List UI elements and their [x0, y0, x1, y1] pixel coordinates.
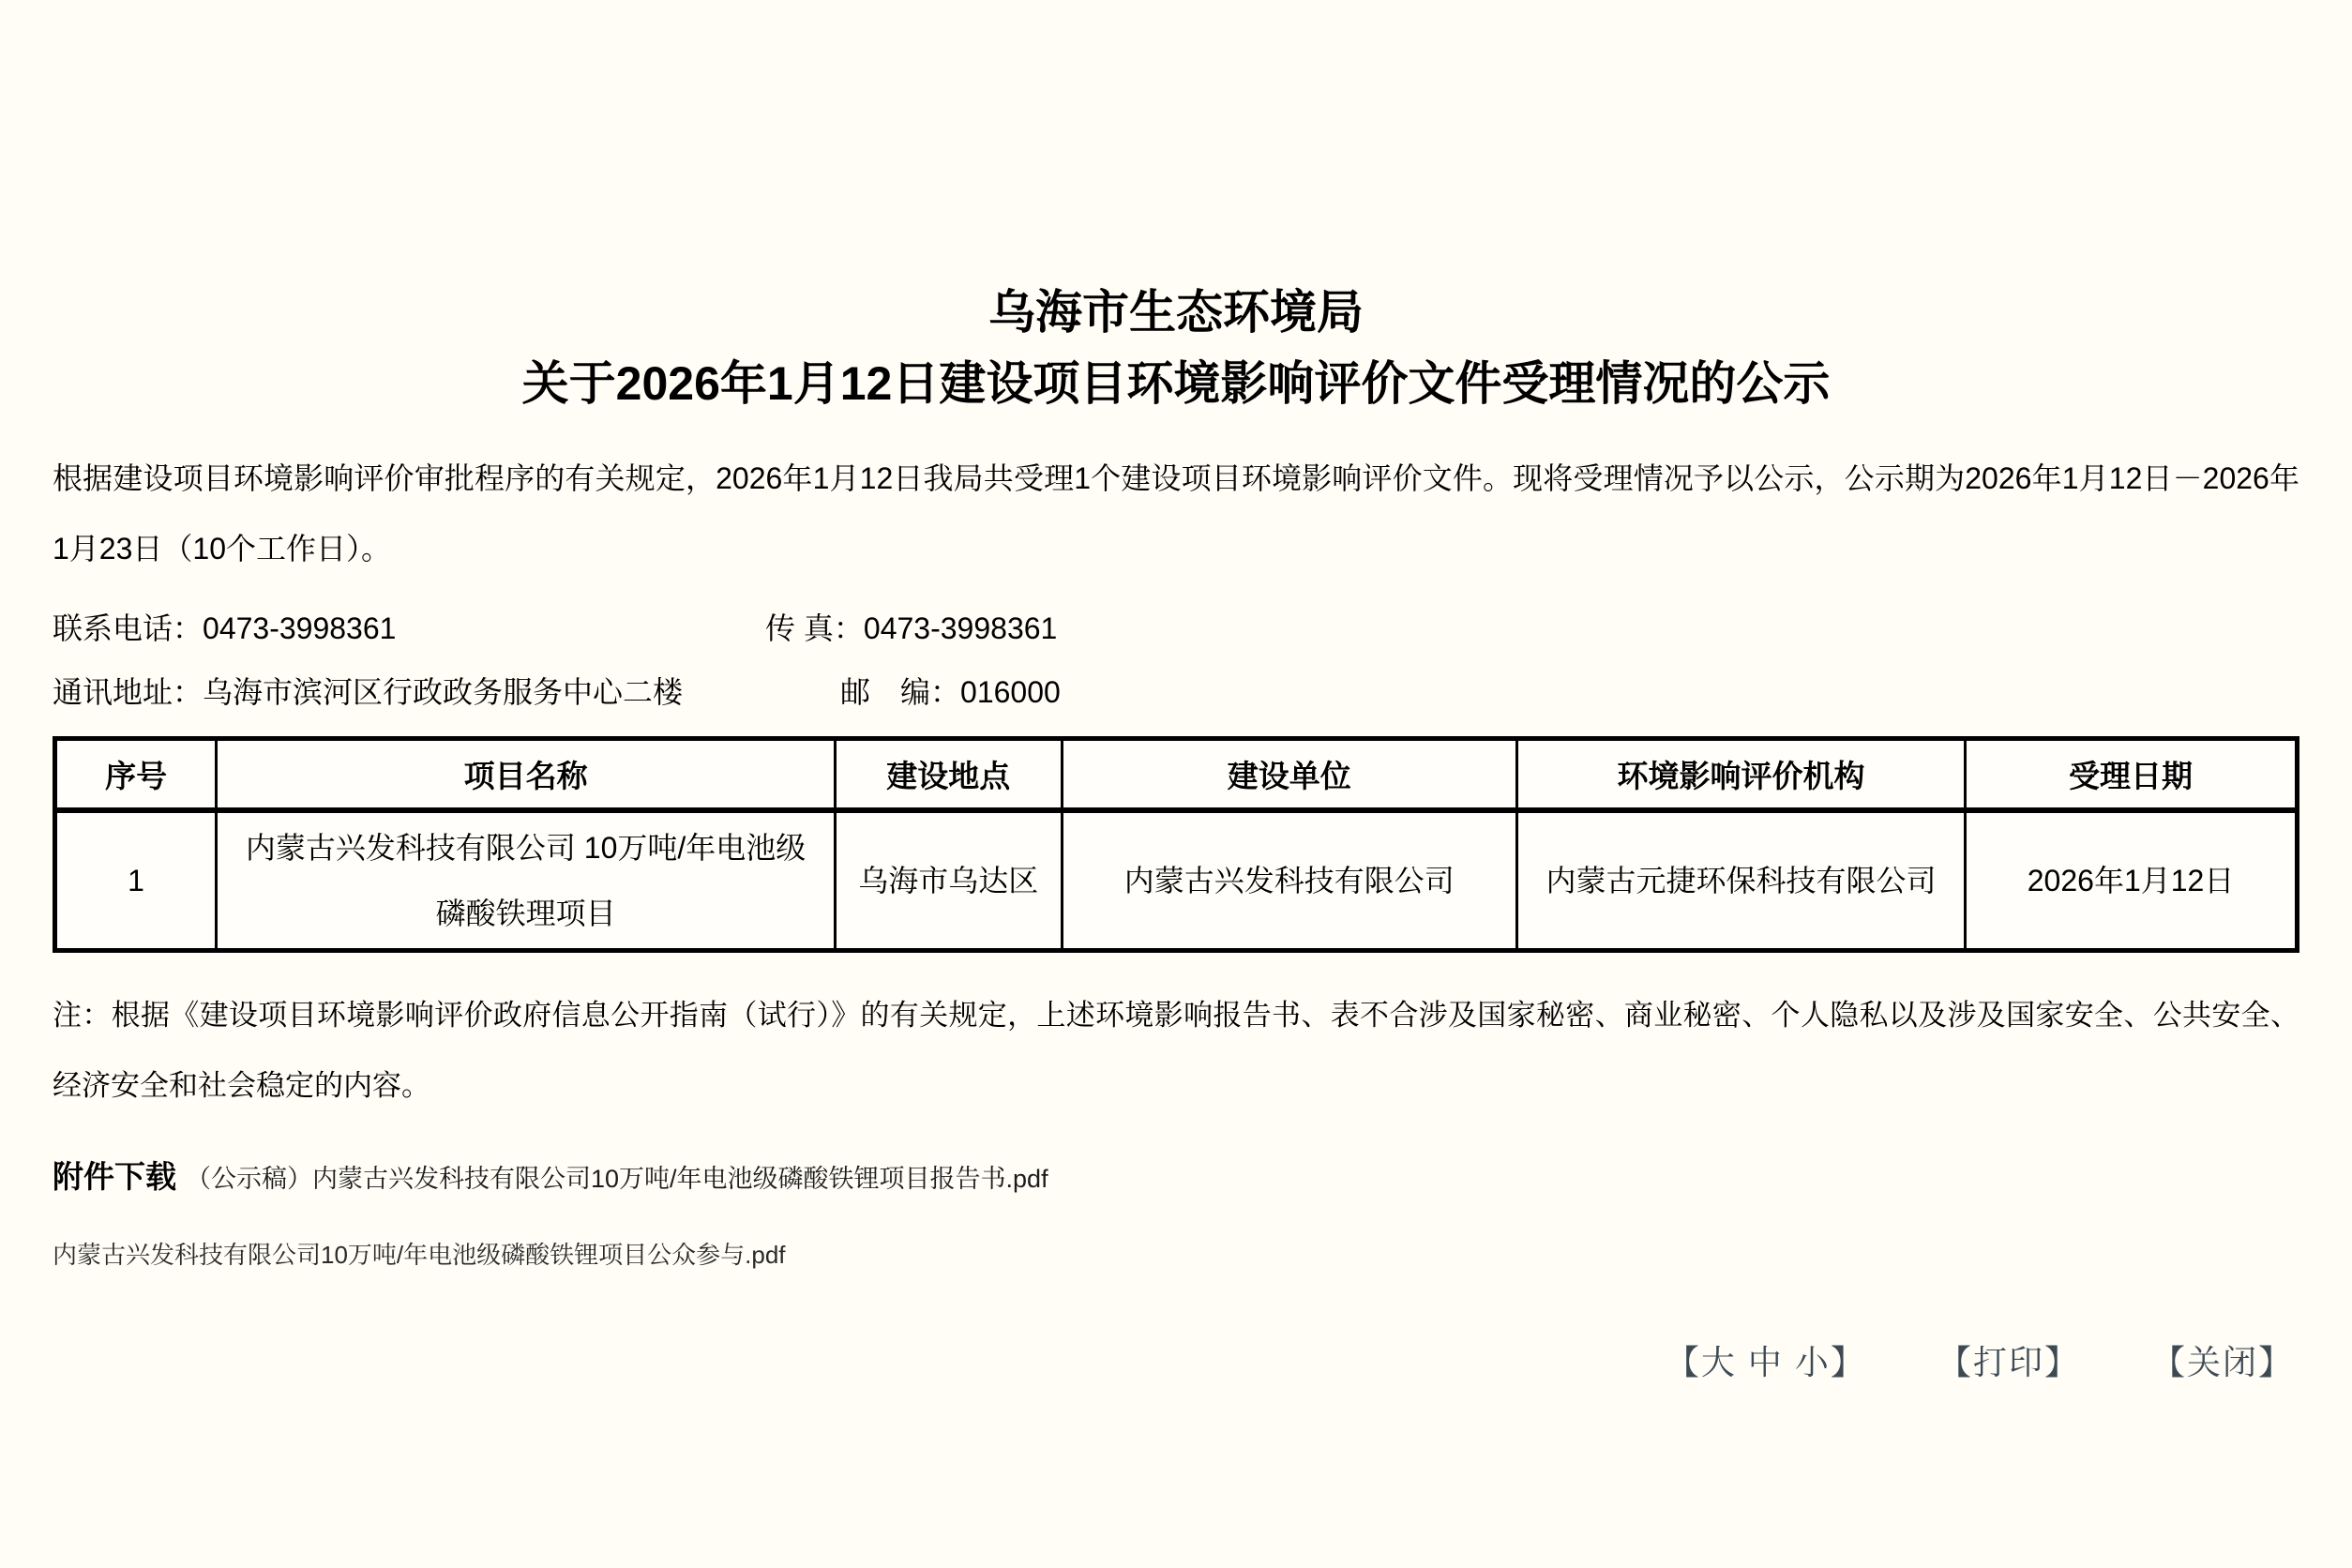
header-construction-site: 建设地点: [836, 739, 1062, 810]
zip-value: 016000: [960, 675, 1061, 709]
address-zip-row: 通讯地址：乌海市滨河区行政政务服务中心二楼 邮 编：016000: [53, 669, 2299, 712]
attachment-public-participation-pdf-link[interactable]: 内蒙古兴发科技有限公司10万吨/年电池级磷酸铁锂项目公众参与.pdf: [53, 1241, 786, 1269]
print-button[interactable]: 【打印】: [1937, 1343, 2080, 1381]
attachments-label: 附件下载: [53, 1153, 176, 1197]
fax-label: 传 真：: [765, 611, 864, 645]
fax-group: 传 真：0473-3998361: [765, 605, 1057, 648]
announcement-title: 关于2026年1月12日建设项目环境影响评价文件受理情况的公示: [53, 353, 2299, 416]
cell-project-name: 内蒙古兴发科技有限公司 10万吨/年电池级磷酸铁理项目: [217, 810, 836, 951]
footnote: 注：根据《建设项目环境影响评价政府信息公开指南（试行）》的有关规定，上述环境影响…: [53, 981, 2299, 1121]
attachment-row-2: 内蒙古兴发科技有限公司10万吨/年电池级磷酸铁锂项目公众参与.pdf: [53, 1236, 2299, 1271]
acceptance-table: 序号 项目名称 建设地点 建设单位 环境影响评价机构 受理日期 1 内蒙古兴发科…: [53, 736, 2299, 953]
cell-construction-site: 乌海市乌达区: [836, 810, 1062, 951]
attachments-section: 附件下载 （公示稿）内蒙古兴发科技有限公司10万吨/年电池级磷酸铁锂项目报告书.…: [53, 1153, 2299, 1271]
phone-fax-row: 联系电话：0473-3998361 传 真：0473-3998361: [53, 605, 2299, 648]
header-serial-number: 序号: [55, 739, 217, 810]
phone-value: 0473-3998361: [203, 611, 396, 645]
address-value: 乌海市滨河区行政政务服务中心二楼: [203, 675, 683, 709]
address-group: 通讯地址：乌海市滨河区行政政务服务中心二楼: [53, 669, 840, 712]
header-acceptance-date: 受理日期: [1966, 739, 2298, 810]
fax-value: 0473-3998361: [864, 611, 1057, 645]
cell-serial-number: 1: [55, 810, 217, 951]
table-row: 1 内蒙古兴发科技有限公司 10万吨/年电池级磷酸铁理项目 乌海市乌达区 内蒙古…: [55, 810, 2298, 951]
announcement-document: 乌海市生态环境局 关于2026年1月12日建设项目环境影响评价文件受理情况的公示…: [0, 0, 2352, 1384]
cell-eia-agency: 内蒙古元捷环保科技有限公司: [1516, 810, 1965, 951]
table-header-row: 序号 项目名称 建设地点 建设单位 环境影响评价机构 受理日期: [55, 739, 2298, 810]
zip-group: 邮 编：016000: [840, 669, 1061, 712]
address-label: 通讯地址：: [53, 675, 203, 709]
header-construction-unit: 建设单位: [1062, 739, 1516, 810]
header-project-name: 项目名称: [217, 739, 836, 810]
header-eia-agency: 环境影响评价机构: [1516, 739, 1965, 810]
phone-label: 联系电话：: [53, 611, 203, 645]
phone-group: 联系电话：0473-3998361: [53, 605, 765, 648]
agency-title: 乌海市生态环境局: [53, 281, 2299, 345]
attachment-report-pdf-link[interactable]: （公示稿）内蒙古兴发科技有限公司10万吨/年电池级磷酸铁锂项目报告书.pdf: [186, 1158, 1048, 1195]
close-button[interactable]: 【关闭】: [2151, 1343, 2294, 1381]
font-size-switcher[interactable]: 【大 中 小】: [1666, 1343, 1866, 1381]
attachment-row-1: 附件下载 （公示稿）内蒙古兴发科技有限公司10万吨/年电池级磷酸铁锂项目报告书.…: [53, 1153, 2299, 1197]
page-controls: 【大 中 小】 【打印】 【关闭】: [53, 1336, 2299, 1384]
title-block: 乌海市生态环境局 关于2026年1月12日建设项目环境影响评价文件受理情况的公示: [53, 281, 2299, 415]
cell-construction-unit: 内蒙古兴发科技有限公司: [1062, 810, 1516, 951]
cell-acceptance-date: 2026年1月12日: [1966, 810, 2298, 951]
zip-label: 邮 编：: [840, 675, 960, 709]
intro-paragraph: 根据建设项目环境影响评价审批程序的有关规定，2026年1月12日我局共受理1个建…: [53, 444, 2299, 584]
